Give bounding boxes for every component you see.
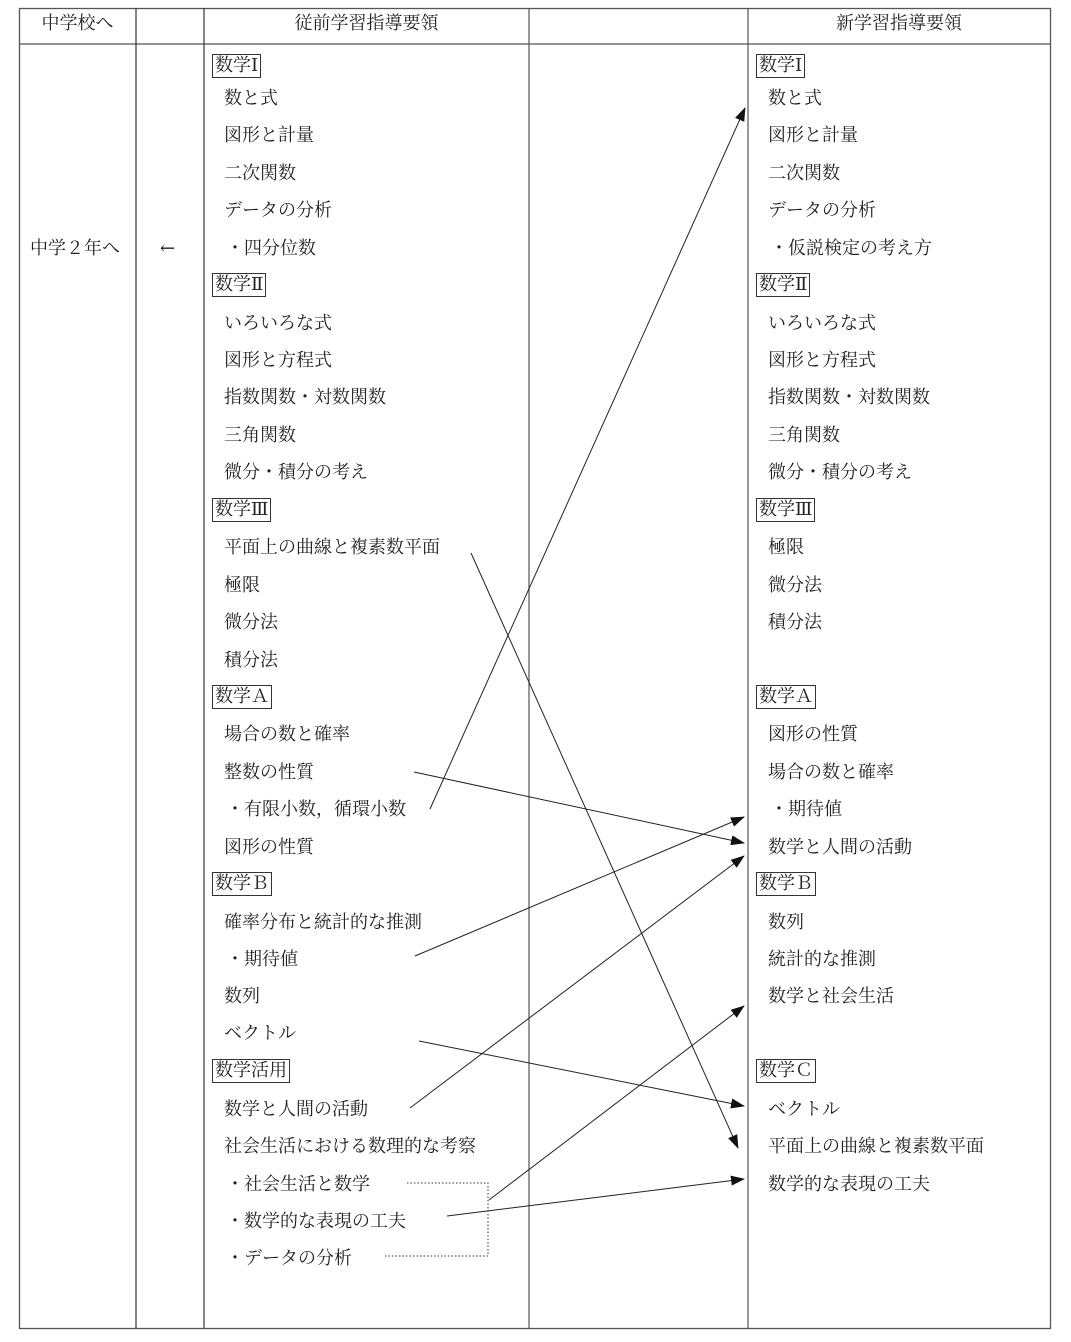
old-topic-item: 数列 [224,985,260,1009]
new-topic-item: データの分析 [768,199,876,223]
old-topic-item: 微分法 [224,611,278,635]
subject-box: 数学Ⅰ [756,54,805,78]
new-topic-item: 微分・積分の考え [768,461,912,485]
old-topic-item: 平面上の曲線と複素数平面 [224,536,440,560]
subject-box: 数学Ｂ [756,872,816,896]
subject-box: 数学Ⅲ [756,498,815,522]
arrow-vector-to-math-c [419,1041,744,1106]
old-topic-item: 指数関数・対数関数 [224,386,386,410]
arrow-human-activity [410,856,744,1108]
new-topic-item: 数学と人間の活動 [768,836,912,860]
new-topic-item: 数学的な表現の工夫 [768,1173,930,1197]
subject-box: 数学Ｃ [756,1059,816,1083]
new-topic-item: 数列 [768,911,804,935]
subject-box: 数学Ａ [212,685,272,709]
subject-box: 数学活用 [212,1059,290,1083]
new-topic-item: 積分法 [768,611,822,635]
old-topic-item: 極限 [224,574,260,598]
old-topic-item: 図形の性質 [224,836,314,860]
header-junior-high: 中学校へ [19,12,136,36]
old-subject-heading: 数学Ａ [212,685,272,709]
old-topic-item: 場合の数と確率 [224,723,350,747]
new-topic-item: 三角関数 [768,424,840,448]
subject-box: 数学Ⅱ [756,273,810,297]
arrow-fractions-to-suu-to-shiki [430,108,745,809]
arrow-curves-to-math-c [471,553,738,1148]
new-topic-item: いろいろな式 [768,312,876,336]
old-topic-item: 二次関数 [224,162,296,186]
old-topic-item: ・四分位数 [226,237,316,261]
new-topic-item: 数と式 [768,87,822,111]
old-topic-item: 数学と人間の活動 [224,1098,368,1122]
new-subject-heading: 数学Ⅱ [756,273,810,297]
new-subject-heading: 数学Ｂ [756,872,816,896]
new-topic-item: ベクトル [768,1098,840,1122]
new-topic-item: 平面上の曲線と複素数平面 [768,1135,984,1159]
subject-box: 数学Ｂ [212,872,272,896]
old-subject-heading: 数学活用 [212,1059,290,1083]
old-subject-heading: 数学Ｂ [212,872,272,896]
new-topic-item: 微分法 [768,574,822,598]
old-topic-item: データの分析 [224,199,332,223]
old-topic-item: 整数の性質 [224,761,314,785]
subject-box: 数学Ⅰ [212,54,261,78]
old-topic-item: 数と式 [224,87,278,111]
mapping-arrows [410,108,745,1216]
old-topic-item: 社会生活における数理的な考察 [224,1135,476,1159]
arrow-expected-value [415,817,744,956]
arrow-social-to-math-b [489,1006,744,1200]
new-topic-item: 二次関数 [768,162,840,186]
old-subject-heading: 数学Ⅱ [212,273,266,297]
new-topic-item: ・仮説検定の考え方 [770,237,932,261]
arrow-integers-to-human-activity [414,772,744,843]
new-topic-item: 極限 [768,536,804,560]
moved-to-junior-high-2-label: 中学２年へ [30,237,120,261]
new-subject-heading: 数学Ⅰ [756,54,805,78]
old-subject-heading: 数学Ⅰ [212,54,261,78]
old-topic-item: 図形と方程式 [224,349,332,373]
subject-box: 数学Ⅲ [212,498,271,522]
old-topic-item: ・期待値 [226,948,298,972]
new-topic-item: 図形と方程式 [768,349,876,373]
header-old-curriculum: 従前学習指導要領 [204,12,529,36]
new-topic-item: 指数関数・対数関数 [768,386,930,410]
new-topic-item: 図形と計量 [768,124,858,148]
old-topic-item: ・データの分析 [226,1247,352,1271]
old-topic-item: 微分・積分の考え [224,461,368,485]
new-subject-heading: 数学Ｃ [756,1059,816,1083]
new-subject-heading: 数学Ａ [756,685,816,709]
new-topic-item: 場合の数と確率 [768,761,894,785]
old-topic-item: 積分法 [224,649,278,673]
old-topic-item: ・数学的な表現の工夫 [226,1210,406,1234]
old-topic-item: 図形と計量 [224,124,314,148]
subject-box: 数学Ⅱ [212,273,266,297]
left-arrow-icon: ← [160,237,175,261]
old-topic-item: 確率分布と統計的な推測 [224,911,422,935]
new-topic-item: 数学と社会生活 [768,985,894,1009]
old-topic-item: いろいろな式 [224,312,332,336]
new-topic-item: 図形の性質 [768,723,858,747]
old-topic-item: ・社会生活と数学 [226,1173,370,1197]
old-subject-heading: 数学Ⅲ [212,498,271,522]
subject-box: 数学Ａ [756,685,816,709]
header-new-curriculum: 新学習指導要領 [748,12,1050,36]
new-topic-item: ・期待値 [770,798,842,822]
old-topic-item: ・有限小数，循環小数 [226,798,406,822]
new-subject-heading: 数学Ⅲ [756,498,815,522]
old-topic-item: ベクトル [224,1022,296,1046]
old-topic-item: 三角関数 [224,424,296,448]
new-topic-item: 統計的な推測 [768,948,876,972]
